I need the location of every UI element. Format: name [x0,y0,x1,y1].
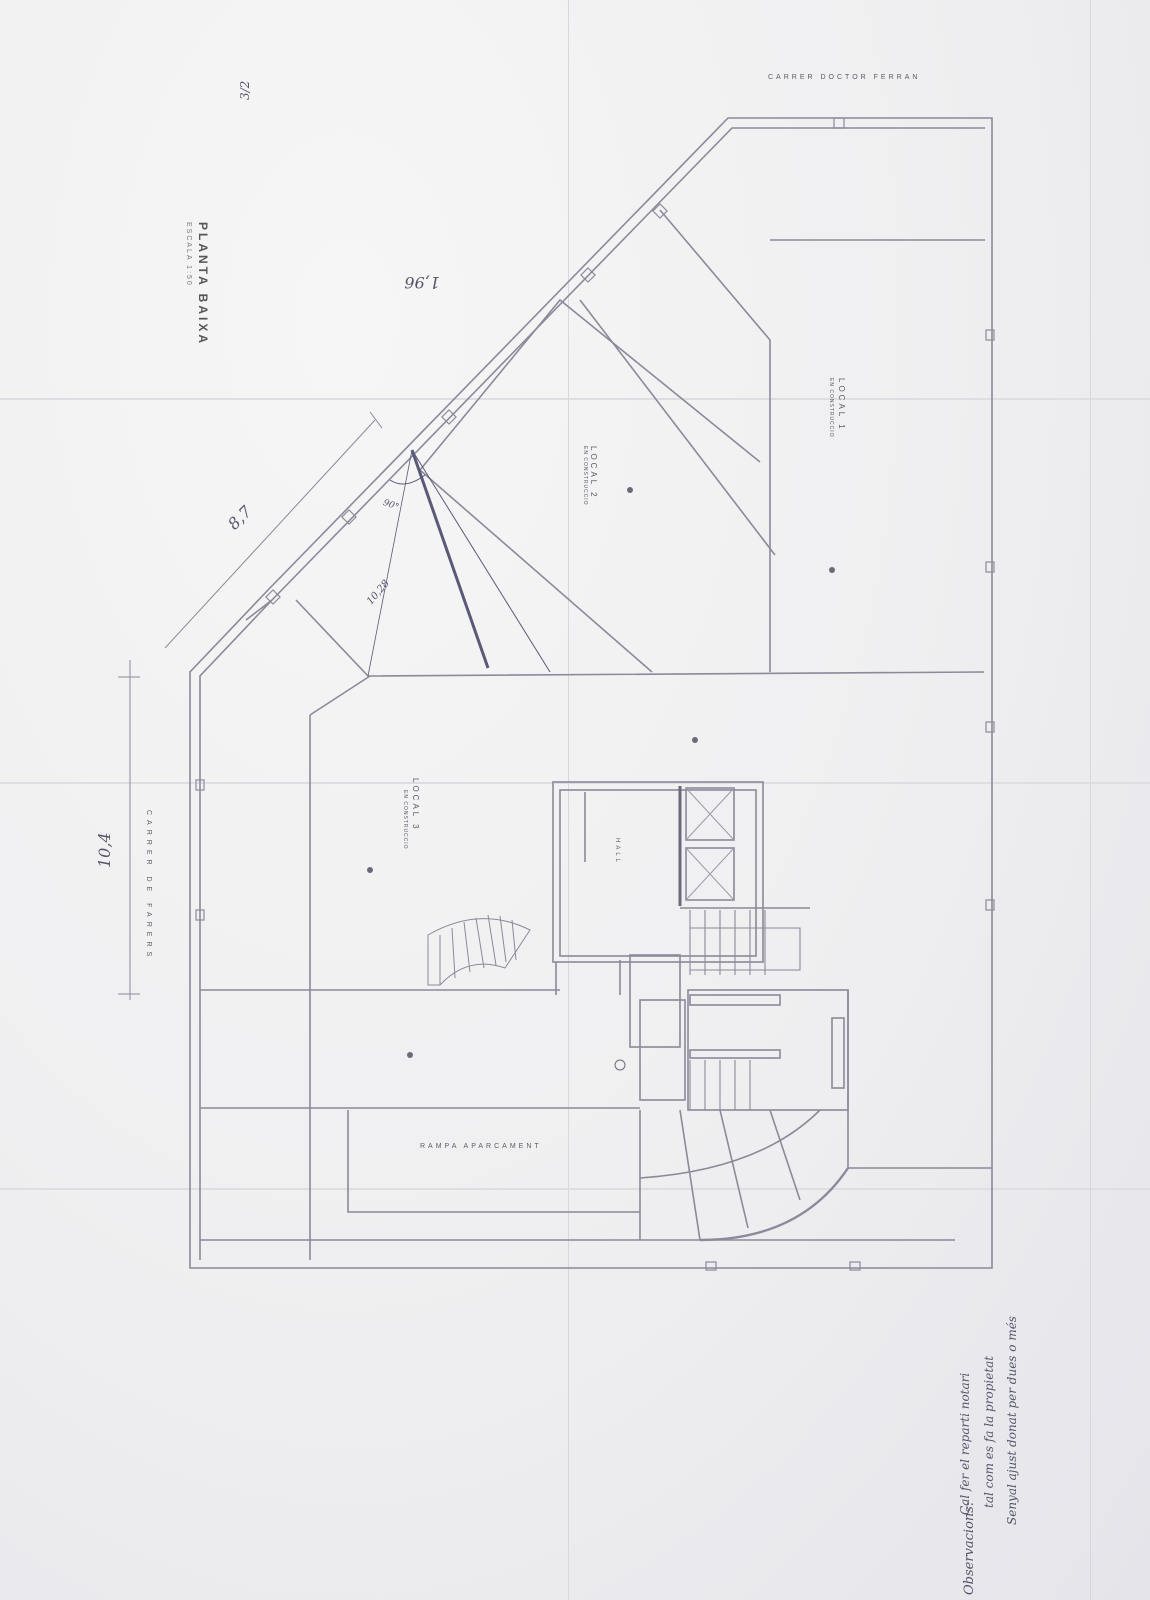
note-title: Observacions: [962,1502,977,1595]
floor-plan-drawing [0,0,1150,1600]
handwritten-dimension: 10,4 [95,832,114,868]
drawing-title: PLANTA BAIXA [196,222,210,346]
drawing-scale: ESCALA 1:50 [185,222,192,287]
note-line: Cal fer el reparti notari [958,1373,972,1515]
street-label-left: CARRER DE FARERS [145,810,152,961]
hall-label: HALL [614,838,620,865]
unit-label-local-3: LOCAL 3 [411,778,420,832]
unit-label-local-2: LOCAL 2 [589,446,598,500]
note-line: tal com es fa la propietat [982,1356,996,1508]
unit-sub-local-1: EN CONSTRUCCIO [828,378,834,438]
handwritten-dimension: 1,96 [404,273,440,292]
unit-sub-local-3: EN CONSTRUCCIO [402,790,408,850]
handwritten-calc: 3/2 [238,81,252,100]
blueprint-sheet: PLANTA BAIXA ESCALA 1:50 CARRER DOCTOR F… [0,0,1150,1600]
ramp-label: RAMPA APARCAMENT [420,1143,542,1150]
note-line: Senyal ajust donat per dues o més [1005,1316,1019,1525]
street-label-top: CARRER DOCTOR FERRAN [768,74,920,81]
unit-label-local-1: LOCAL 1 [837,378,846,432]
unit-sub-local-2: EN CONSTRUCCIO [582,446,588,506]
